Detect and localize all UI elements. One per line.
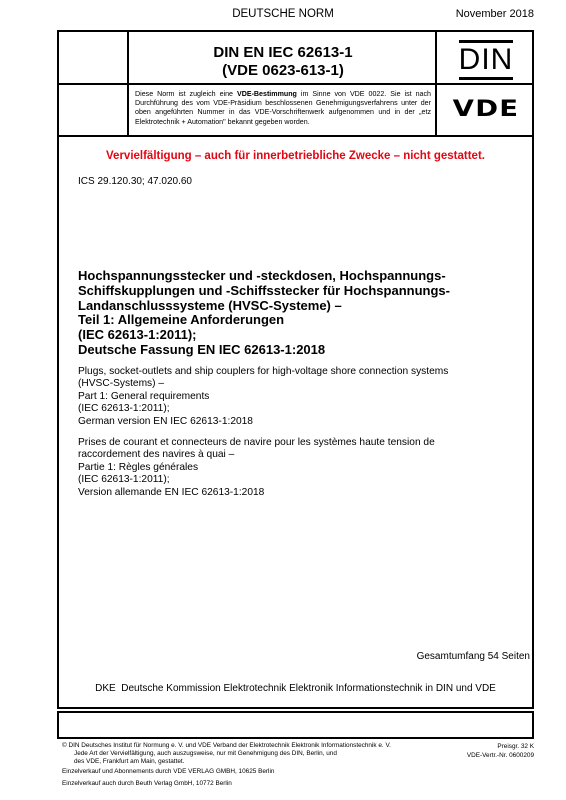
- title-line: Landanschlusssysteme (HVSC-Systeme) –: [78, 299, 528, 314]
- vde-logo: VDE: [426, 97, 546, 122]
- title-french: Prises de courant et connecteurs de navi…: [78, 437, 528, 499]
- copyright-line: © DIN Deutsches Institut für Normung e. …: [62, 742, 391, 750]
- title-line: German version EN IEC 62613-1:2018: [78, 416, 528, 428]
- price-group: Preisgr. 32 K: [467, 742, 534, 751]
- din-logo-bar-icon: [459, 77, 514, 80]
- sales-beuth-verlag: Einzelverkauf auch durch Beuth Verlag Gm…: [62, 780, 232, 787]
- copyright-notice: © DIN Deutsches Institut für Normung e. …: [62, 742, 391, 767]
- din-logo: DIN: [438, 38, 534, 82]
- vde-notice: Diese Norm ist zugleich eine VDE-Bestimm…: [135, 90, 431, 127]
- vde-sales-number: VDE-Vertr.-Nr. 0600209: [467, 751, 534, 760]
- title-line: (IEC 62613-1:2011);: [78, 474, 528, 486]
- vde-notice-prefix: Diese Norm ist zugleich eine: [135, 90, 237, 98]
- title-line: (HVSC-Systems) –: [78, 378, 528, 390]
- standard-number-block: DIN EN IEC 62613-1 (VDE 0623-613-1): [130, 44, 436, 80]
- title-line: Version allemande EN IEC 62613-1:2018: [78, 487, 528, 499]
- title-line: Teil 1: Allgemeine Anforderungen: [78, 313, 528, 328]
- title-line: Schiffskupplungen und -Schiffsstecker fü…: [78, 284, 528, 299]
- frame-divider: [57, 135, 534, 137]
- title-line: Deutsche Fassung EN IEC 62613-1:2018: [78, 343, 528, 358]
- title-line: raccordement des navires à quai –: [78, 449, 528, 461]
- title-german: Hochspannungsstecker und -steckdosen, Ho…: [78, 269, 528, 358]
- copyright-line: Jede Art der Vervielfältigung, auch ausz…: [62, 750, 391, 758]
- reproduction-notice: Vervielfältigung – auch für innerbetrieb…: [59, 150, 532, 162]
- total-pages: Gesamtumfang 54 Seiten: [417, 651, 530, 662]
- title-english: Plugs, socket-outlets and ship couplers …: [78, 366, 528, 428]
- din-logo-bar-icon: [459, 40, 514, 43]
- frame-divider: [57, 83, 534, 85]
- price-info: Preisgr. 32 K VDE-Vertr.-Nr. 0600209: [467, 742, 534, 760]
- din-logo-text: DIN: [459, 43, 514, 76]
- standard-number: DIN EN IEC 62613-1: [130, 44, 436, 62]
- committee-name: DKE Deutsche Kommission Elektrotechnik E…: [59, 683, 532, 694]
- publication-date: November 2018: [456, 8, 534, 20]
- copyright-line: des VDE, Frankfurt am Main, gestattet.: [62, 758, 391, 766]
- vde-classification-number: (VDE 0623-613-1): [130, 62, 436, 80]
- sales-vde-verlag: Einzelverkauf und Abonnements durch VDE …: [62, 768, 274, 775]
- title-line: Plugs, socket-outlets and ship couplers …: [78, 366, 528, 378]
- vde-notice-bold: VDE-Bestimmung: [237, 90, 297, 98]
- bottom-box: [57, 711, 534, 739]
- title-line: (IEC 62613-1:2011);: [78, 328, 528, 343]
- title-line: Part 1: General requirements: [78, 391, 528, 403]
- title-line: Partie 1: Règles générales: [78, 462, 528, 474]
- ics-code: ICS 29.120.30; 47.020.60: [78, 176, 192, 187]
- title-line: Prises de courant et connecteurs de navi…: [78, 437, 528, 449]
- title-line: Hochspannungsstecker und -steckdosen, Ho…: [78, 269, 528, 284]
- title-line: (IEC 62613-1:2011);: [78, 403, 528, 415]
